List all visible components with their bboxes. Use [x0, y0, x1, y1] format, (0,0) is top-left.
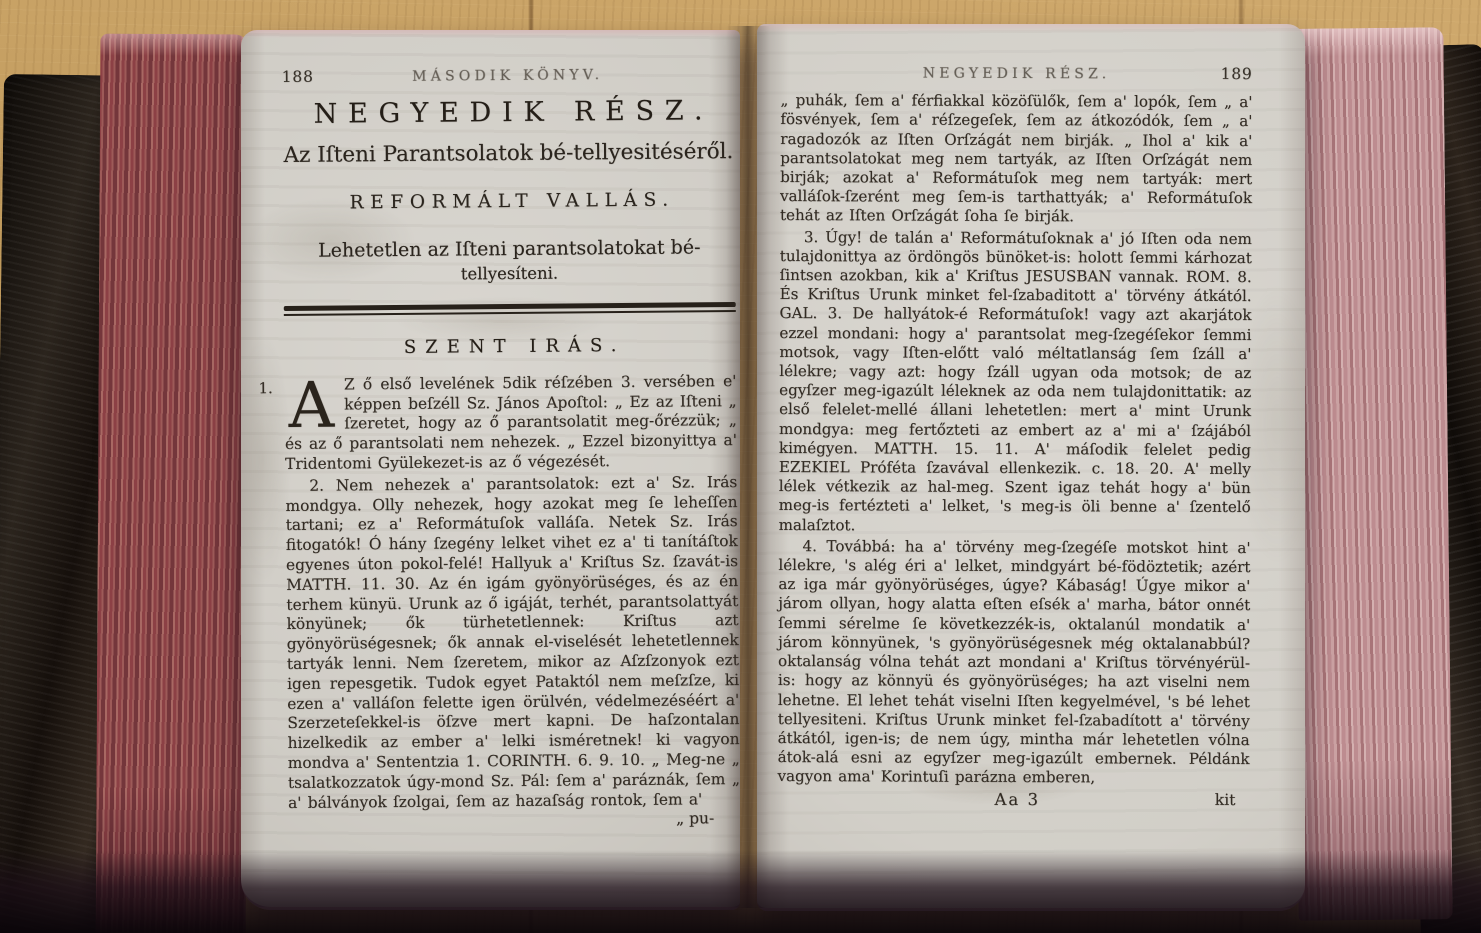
- paragraph-3: 3. Úgy! de talán a' Reformátuſoknak a' j…: [779, 228, 1252, 537]
- book-photo-scene: 188 MÁSODIK KÖNYV. NEGYEDIK RÉSZ. Az Iſt…: [0, 0, 1481, 933]
- right-page-header: NEGYEDIK RÉSZ. 189: [781, 63, 1253, 85]
- divider-rule-thin: [284, 310, 736, 316]
- part-title: NEGYEDIK RÉSZ.: [282, 101, 734, 125]
- right-page: NEGYEDIK RÉSZ. 189 „ puhák, ſem a' férfi…: [757, 24, 1305, 911]
- left-page-header: 188 MÁSODIK KÖNYV.: [282, 64, 734, 89]
- signature-mark: Aa 3: [994, 789, 1040, 808]
- divider-rule: [284, 302, 736, 316]
- page-number-left: 188: [282, 67, 338, 87]
- catchword-left: „ pu-: [288, 809, 740, 833]
- thesis-line-1: Lehetetlen az Iſteni parantsolatokat bé-: [283, 235, 735, 265]
- page-number-right: 189: [1197, 65, 1253, 84]
- running-title-right: NEGYEDIK RÉSZ.: [837, 64, 1197, 85]
- paragraph-1: 1. A Z ő első levelének 5dik réſzében 3.…: [284, 372, 737, 475]
- right-fore-edge: [1289, 27, 1452, 921]
- left-fore-edge: [96, 34, 251, 933]
- thesis-statement: Lehetetlen az Iſteni parantsolatokat bé-…: [283, 235, 735, 287]
- scripture-heading: SZENT IRÁS.: [284, 335, 736, 359]
- paragraph-1-text: Z ő első levelének 5dik réſzében 3. vers…: [285, 372, 737, 473]
- paragraph-continuation: „ puhák, ſem a' férfiakkal közöſülők, ſe…: [780, 91, 1253, 227]
- chapter-subtitle: Az Iſteni Parantsolatok bé-tellyesitésér…: [282, 142, 734, 166]
- paragraph-2: 2. Nem nehezek a' parantsolatok: ezt a' …: [285, 473, 740, 813]
- thesis-line-2: tellyesíteni.: [283, 261, 735, 287]
- left-page: 188 MÁSODIK KÖNYV. NEGYEDIK RÉSZ. Az Iſt…: [241, 30, 740, 910]
- religion-heading: REFORMÁLT VALLÁS.: [283, 190, 735, 214]
- signature-line: Aa 3 kit: [777, 788, 1249, 812]
- drop-cap-initial: A: [284, 375, 344, 431]
- paragraph-1-number: 1.: [258, 379, 272, 399]
- running-title-left: MÁSODIK KÖNYV.: [338, 66, 678, 89]
- catchword-right: kit: [1215, 790, 1236, 809]
- right-page-content: NEGYEDIK RÉSZ. 189 „ puhák, ſem a' férfi…: [777, 63, 1252, 813]
- paragraph-4: 4. Továbbá: ha a' törvény meg-ſzegéſe mo…: [777, 537, 1250, 789]
- left-page-content: 188 MÁSODIK KÖNYV. NEGYEDIK RÉSZ. Az Iſt…: [282, 64, 741, 833]
